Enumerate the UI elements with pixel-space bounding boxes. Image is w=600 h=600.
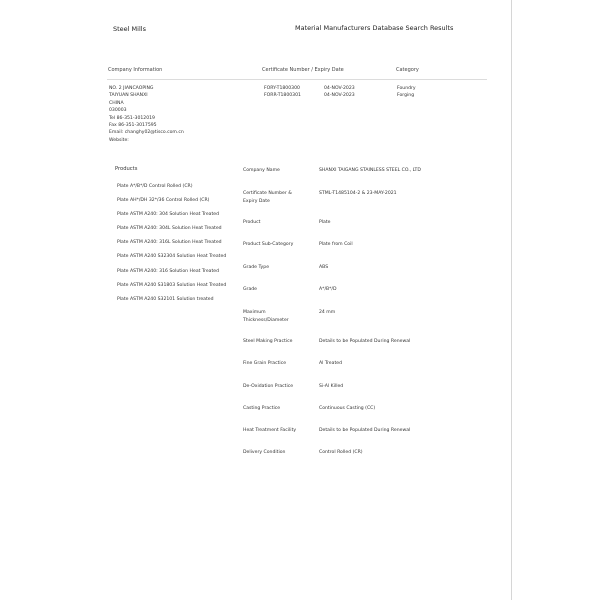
product-item: Plate ASTM A240: 304 Solution Heat Treat… (117, 211, 235, 219)
detail-value: Details to be Populated During Renewal (319, 338, 410, 346)
column-header-certificate: Certificate Number / Expiry Date (262, 67, 344, 73)
detail-value: Plate (319, 219, 331, 227)
address-line: 030003 (109, 107, 184, 114)
page-edge-divider (511, 0, 512, 600)
product-item: Plate ASTM A240: 304L Solution Heat Trea… (117, 225, 235, 233)
detail-label: Product (243, 219, 313, 227)
address-line: TAIYUAN SHANXI (109, 92, 184, 99)
detail-label: Steel Making Practice (243, 338, 313, 346)
header-divider (107, 79, 487, 80)
detail-label: Certificate Number & Expiry Date (243, 190, 301, 205)
product-item: Plate ASTM A240 S31803 Solution Heat Tre… (117, 282, 235, 290)
column-header-category: Category (396, 67, 419, 73)
detail-value: Continuous Casting (CC) (319, 405, 375, 413)
detail-label: De-Oxidation Practice (243, 383, 313, 391)
column-header-company: Company Information (108, 67, 162, 73)
certificate-number: FORY-T1800300 (264, 86, 300, 91)
detail-label: Maximum Thickness/Diameter (243, 309, 293, 324)
detail-value: Plate from Coil (319, 241, 353, 249)
product-item: Plate ASTM A240 S32304 Solution Heat Tre… (117, 253, 235, 261)
detail-value: 24 mm (319, 309, 335, 317)
detail-value: SHANXI TAIGANG STAINLESS STEEL CO., LTD (319, 167, 421, 175)
certificate-number: FORR-T1800301 (264, 93, 301, 98)
detail-label: Grade (243, 286, 313, 294)
company-address: NO. 2 JIANCAOPING TAIYUAN SHANXI CHINA 0… (109, 85, 184, 144)
address-line: CHINA (109, 100, 184, 107)
certificate-expiry: 04-NOV-2023 (324, 86, 355, 91)
product-item: Plate ASTM A240 S32101 Solution treated (117, 296, 235, 304)
product-item: Plate A*/B*/D Control Rolled (CR) (117, 183, 235, 191)
detail-label: Fine Grain Practice (243, 360, 313, 368)
detail-value: Si-Al Killed (319, 383, 343, 391)
detail-label: Casting Practice (243, 405, 313, 413)
product-item: Plate AH*/DH 32*/36 Control Rolled (CR) (117, 197, 235, 205)
products-title: Products (115, 166, 137, 172)
product-item: Plate ASTM A240: 316 Solution Heat Treat… (117, 268, 235, 276)
detail-label: Heat Treatment Facility (243, 427, 313, 435)
detail-value: ABS (319, 264, 328, 272)
document-page: Steel Mills Material Manufacturers Datab… (0, 0, 511, 600)
phone: Tel 86-351-3012019 (109, 115, 184, 122)
product-item: Plate ASTM A240: 316L Solution Heat Trea… (117, 239, 235, 247)
detail-value: A*/B*/D (319, 286, 337, 294)
section-title: Steel Mills (113, 25, 146, 33)
detail-label: Grade Type (243, 264, 313, 272)
products-list: Plate A*/B*/D Control Rolled (CR) Plate … (117, 183, 235, 310)
certificate-expiry: 04-NOV-2023 (324, 93, 355, 98)
website: Website: (109, 137, 184, 144)
certificate-category: Foundry (397, 86, 416, 91)
detail-value: Al Treated (319, 360, 342, 368)
detail-label: Delivery Condition (243, 449, 313, 457)
detail-label: Product Sub-Category (243, 241, 313, 249)
fax: Fax 86-351-3017595 (109, 122, 184, 129)
detail-label: Company Name (243, 167, 313, 175)
detail-value: Details to be Populated During Renewal (319, 427, 410, 435)
email: Email: changhy02@tisco.com.cn (109, 129, 184, 136)
address-line: NO. 2 JIANCAOPING (109, 85, 184, 92)
page-title: Material Manufacturers Database Search R… (295, 24, 453, 32)
detail-value: STML-T1485104-2 & 23-MAY-2021 (319, 190, 397, 198)
certificate-category: Forging (397, 93, 414, 98)
detail-value: Control Rolled (CR) (319, 449, 363, 457)
